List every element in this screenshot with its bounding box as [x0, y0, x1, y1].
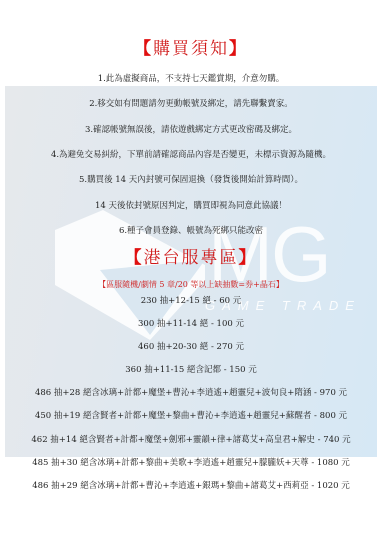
listing-item: 462 抽+14 絕含賢者+計都+魔堡+劍邪+靈韻+律+諸葛艾+高皇君+解史 -… — [0, 434, 382, 446]
rule-4: 4.為避免交易糾紛，下單前請確認商品內容是否變更，未標示資源為隨機。 — [0, 149, 382, 161]
listing-item: 230 抽+12-15 絕 - 60 元 — [0, 295, 382, 307]
bracket-open: 【 — [134, 39, 153, 59]
bracket-close: 】 — [229, 39, 248, 59]
rule-1: 1.此為虛擬商品，不支持七天鑑賞期，介意勿購。 — [0, 73, 382, 85]
listing-item: 360 抽+11-15 絕含記都 - 150 元 — [0, 364, 382, 376]
section-title: 【港台服專區】 — [0, 247, 382, 269]
listing-item: 450 抽+19 絕含賢者+計都+魔堡+黎曲+曹沁+李逍遙+趙靈兒+蘇醒者 - … — [0, 410, 382, 422]
rule-6: 6.種子會員登錄、帳號為死綁只能改密 — [0, 225, 382, 237]
listing-item: 486 抽+28 絕含冰璃+計都+魔堡+曹沁+李逍遙+趙靈兒+波旬良+隋涵 - … — [0, 387, 382, 399]
notice-title-text: 購買須知 — [153, 39, 229, 59]
section-subtitle: 【區服隨機/劇情 5 章/20 等以上缺抽數=券+晶石】 — [0, 279, 382, 291]
listing-item: 460 抽+20-30 絕 - 270 元 — [0, 341, 382, 353]
document: 【購買須知】 1.此為虛擬商品，不支持七天鑑賞期，介意勿購。 2.移交如有問題請… — [0, 0, 382, 540]
section-title-text: 港台服專區 — [144, 248, 239, 268]
rule-3: 3.確認帳號無誤後，請依遊戲綁定方式更改密碼及綁定。 — [0, 124, 382, 136]
listing-item: 485 抽+30 絕含冰璃+計都+黎曲+美歌+李逍遙+趙靈兒+朦朧妖+天尊 - … — [0, 457, 382, 469]
listing-item: 300 抽+11-14 絕 - 100 元 — [0, 318, 382, 330]
rule-5-note: 14 天後依封號原因判定，購買即視為同意此協議！ — [0, 200, 382, 212]
notice-title: 【購買須知】 — [0, 38, 382, 60]
bracket-close: 】 — [239, 248, 258, 268]
rule-2: 2.移交如有問題請勿更動帳號及綁定，請先聯繫賣家。 — [0, 98, 382, 110]
rule-5: 5.購買後 14 天內封號可保固退換（發貨後開始計算時間）。 — [0, 174, 382, 186]
listing-item: 486 抽+29 絕含冰璃+計都+曹沁+李逍遙+銀瑪+黎曲+諸葛艾+西莉亞 - … — [0, 480, 382, 492]
bracket-open: 【 — [125, 248, 144, 268]
